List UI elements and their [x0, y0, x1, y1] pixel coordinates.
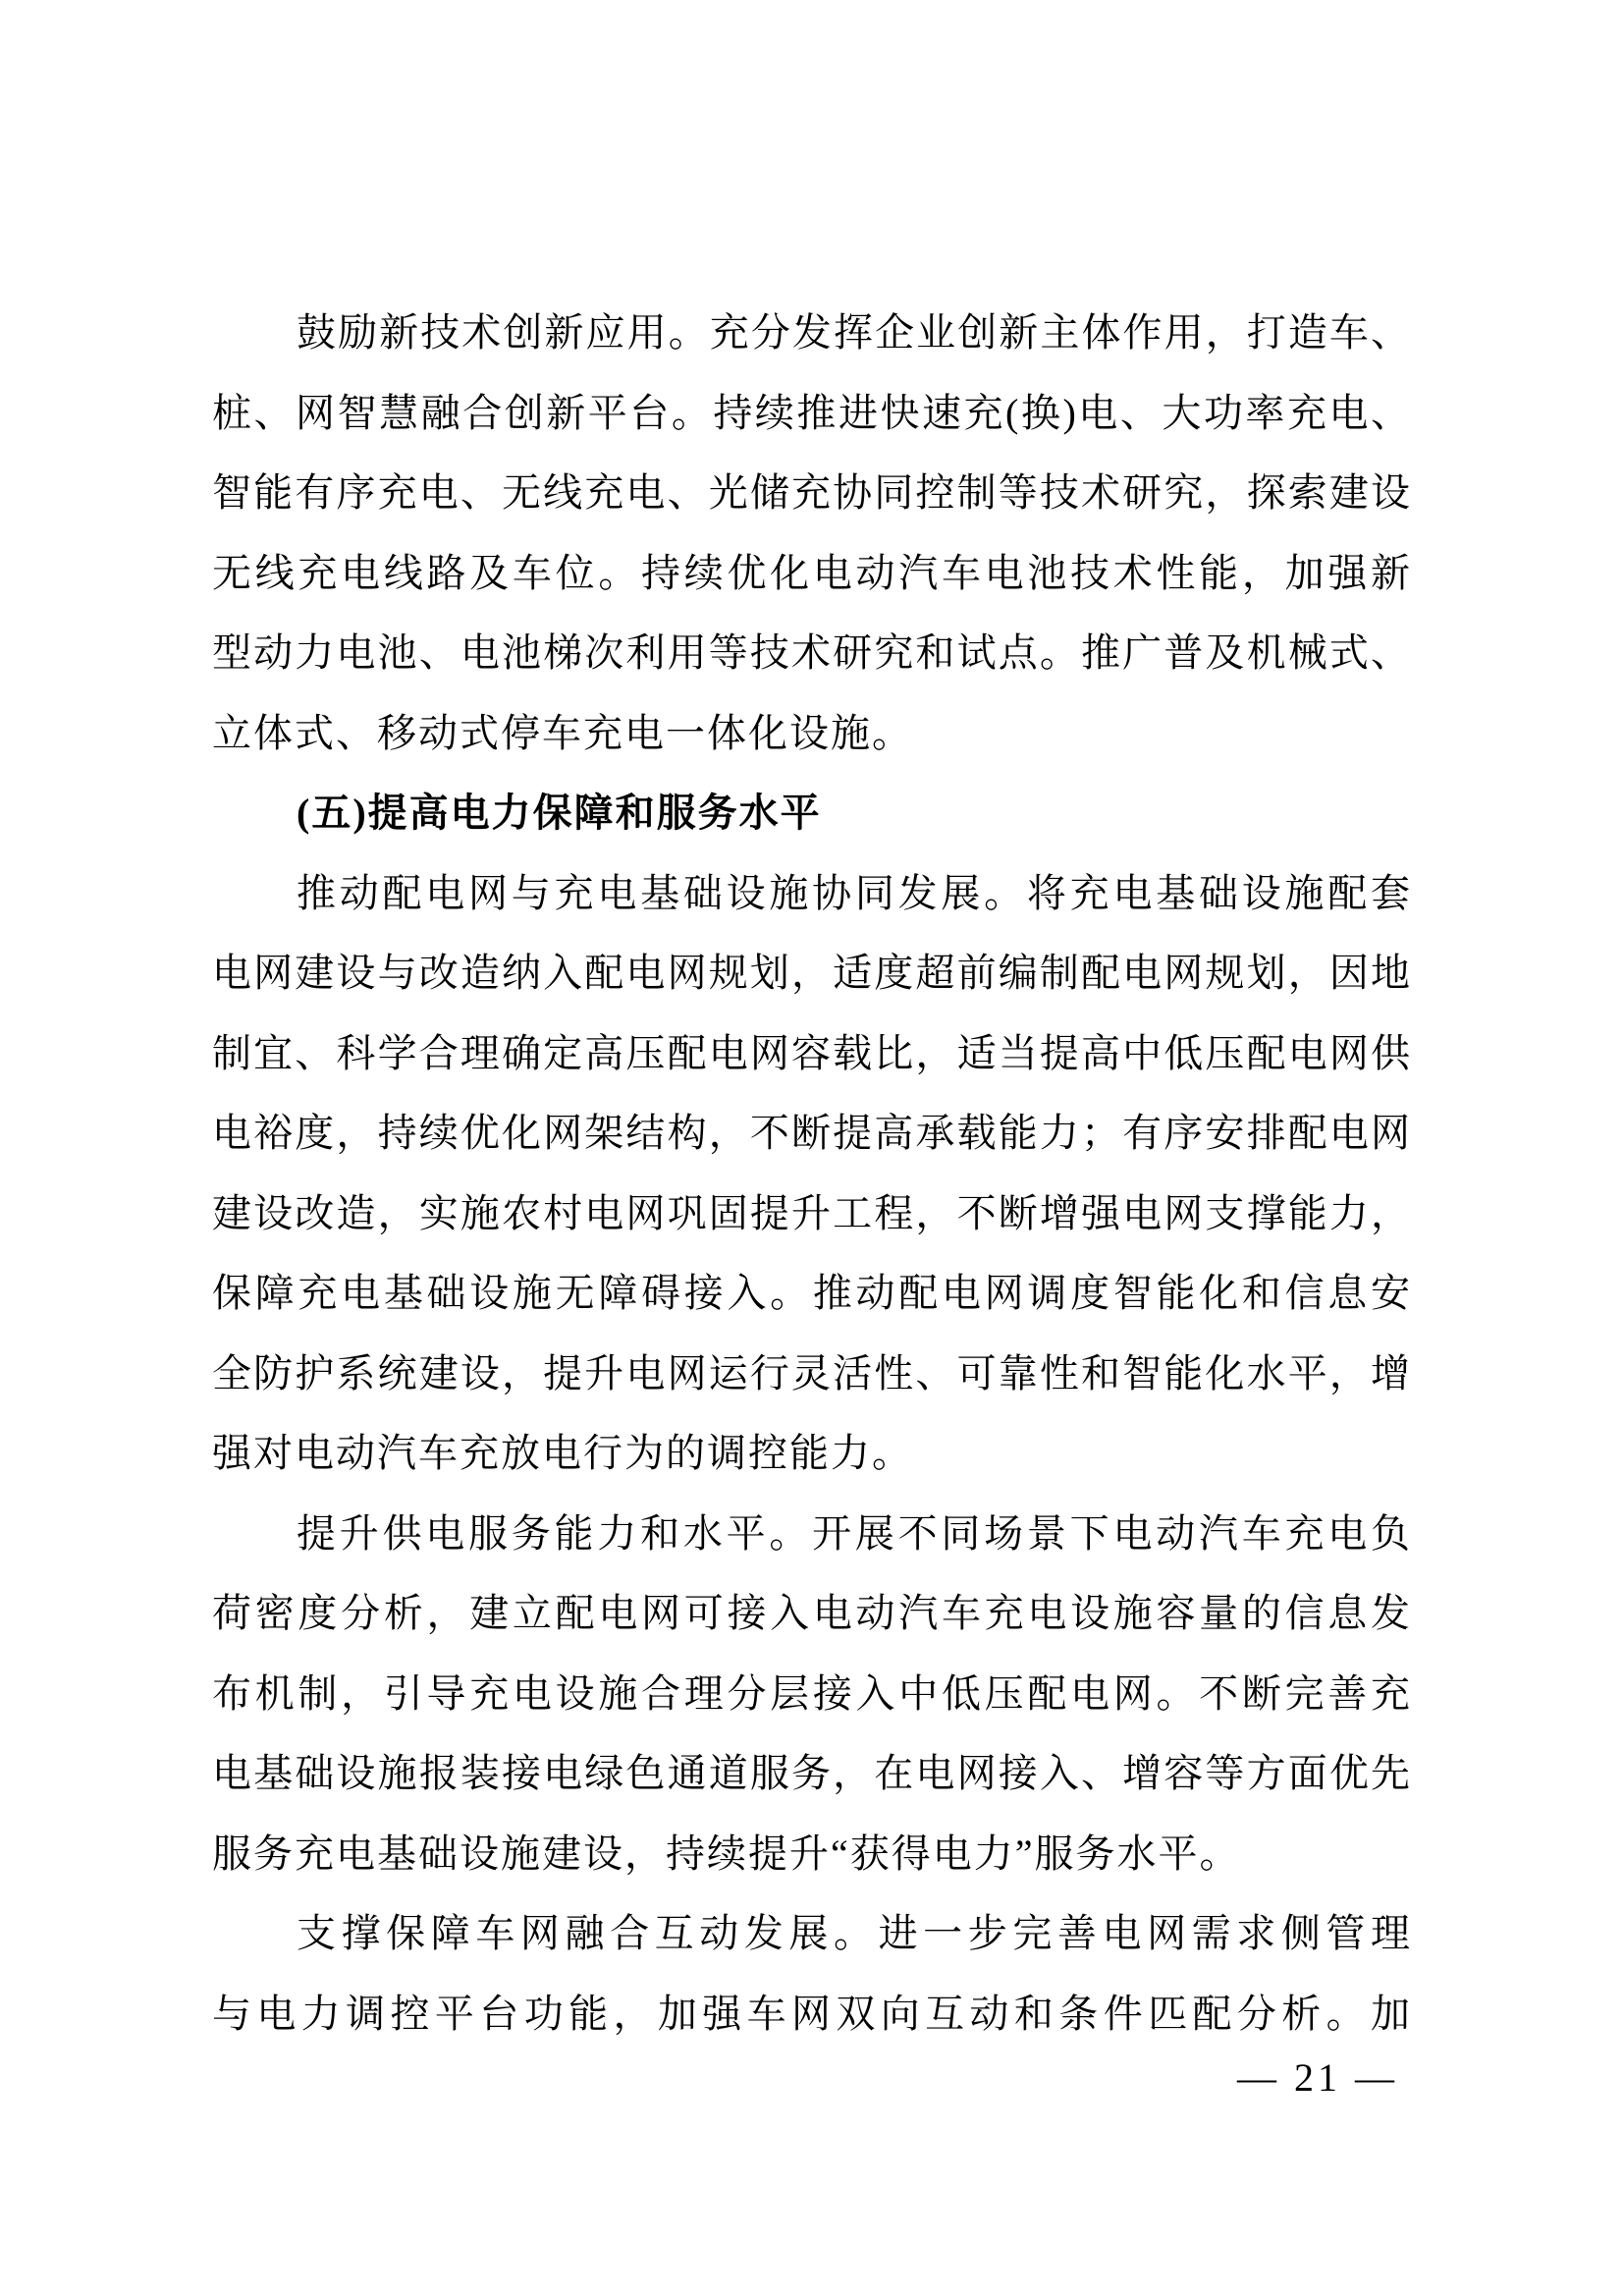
body-line: 荷密度分析，建立配电网可接入电动汽车充电设施容量的信息发 — [212, 1573, 1412, 1654]
body-line: 智能有序充电、无线充电、光储充协同控制等技术研究，探索建设 — [212, 453, 1412, 533]
body-line: 提升供电服务能力和水平。开展不同场景下电动汽车充电负 — [212, 1494, 1412, 1574]
body-line: 制宜、科学合理确定高压配电网容载比，适当提高中低压配电网供 — [212, 1013, 1412, 1094]
document-text-block: 鼓励新技术创新应用。充分发挥企业创新主体作用，打造车、 桩、网智慧融合创新平台。… — [212, 293, 1412, 2101]
body-line: 与电力调控平台功能，加强车网双向互动和条件匹配分析。加 — [212, 1974, 1412, 2054]
body-line: 支撑保障车网融合互动发展。进一步完善电网需求侧管理 — [212, 1893, 1412, 1974]
body-line: 电裕度，持续优化网架结构，不断提高承载能力；有序安排配电网 — [212, 1093, 1412, 1174]
page-number: — 21 — — [212, 2055, 1412, 2101]
body-line: 强对电动汽车充放电行为的调控能力。 — [212, 1413, 1412, 1494]
body-line: 服务充电基础设施建设，持续提升“获得电力”服务水平。 — [212, 1814, 1412, 1894]
body-line: 全防护系统建设，提升电网运行灵活性、可靠性和智能化水平，增 — [212, 1334, 1412, 1414]
document-page: 鼓励新技术创新应用。充分发挥企业创新主体作用，打造车、 桩、网智慧融合创新平台。… — [0, 0, 1623, 2296]
body-line: 推动配电网与充电基础设施协同发展。将充电基础设施配套 — [212, 853, 1412, 934]
body-line: 桩、网智慧融合创新平台。持续推进快速充(换)电、大功率充电、 — [212, 373, 1412, 454]
body-line: 建设改造，实施农村电网巩固提升工程，不断增强电网支撑能力， — [212, 1174, 1412, 1254]
body-line: 电基础设施报装接电绿色通道服务，在电网接入、增容等方面优先 — [212, 1733, 1412, 1814]
section-heading: (五)提高电力保障和服务水平 — [212, 773, 1412, 853]
body-line: 电网建设与改造纳入配电网规划，适度超前编制配电网规划，因地 — [212, 933, 1412, 1013]
body-line: 鼓励新技术创新应用。充分发挥企业创新主体作用，打造车、 — [212, 293, 1412, 373]
body-line: 立体式、移动式停车充电一体化设施。 — [212, 693, 1412, 774]
body-line: 无线充电线路及车位。持续优化电动汽车电池技术性能，加强新 — [212, 533, 1412, 614]
body-line: 型动力电池、电池梯次利用等技术研究和试点。推广普及机械式、 — [212, 613, 1412, 693]
body-line: 保障充电基础设施无障碍接入。推动配电网调度智能化和信息安 — [212, 1253, 1412, 1334]
body-line: 布机制，引导充电设施合理分层接入中低压配电网。不断完善充 — [212, 1654, 1412, 1734]
